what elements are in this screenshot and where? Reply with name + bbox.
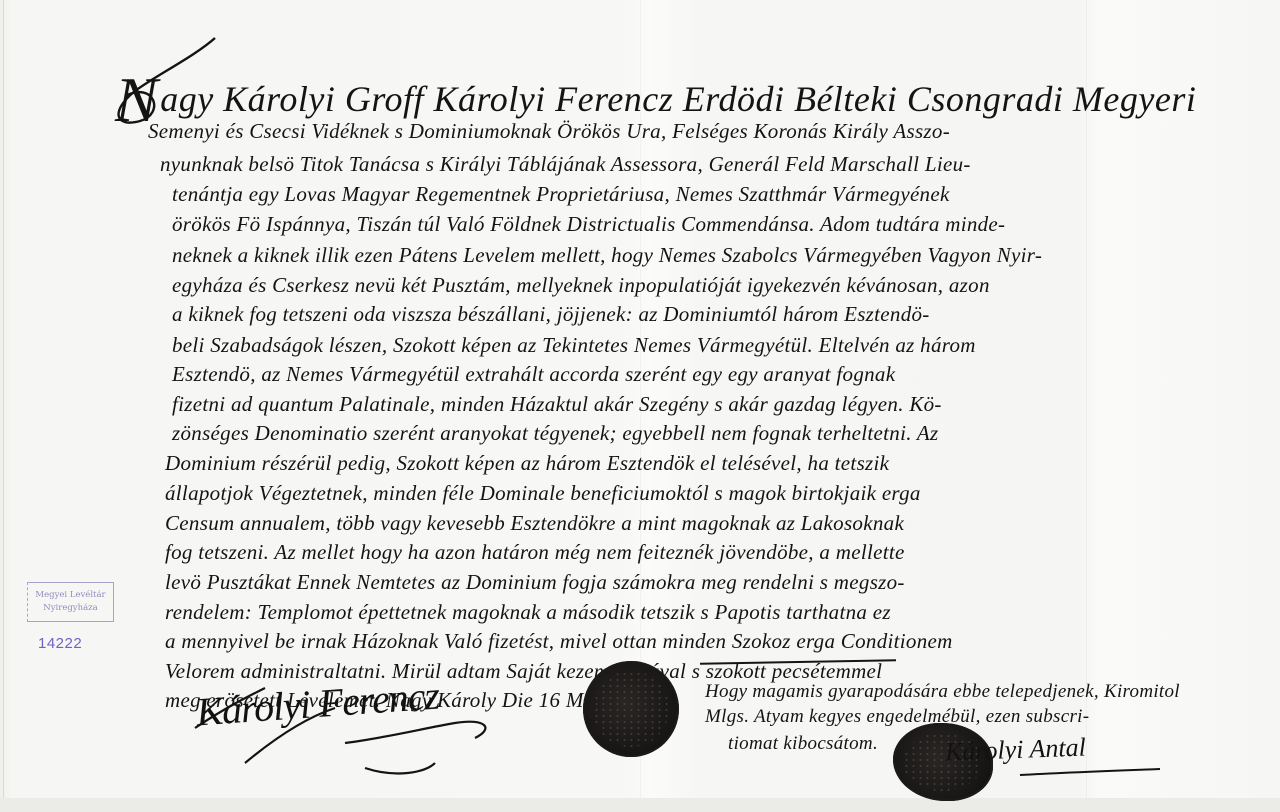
stamp-line-1: Megyei Levéltár [28, 589, 113, 602]
body-line: Dominium részérül pedig, Szokott képen a… [165, 451, 889, 476]
body-line: Semenyi és Csecsi Vidéknek s Dominiumokn… [148, 119, 950, 144]
body-line: állapotjok Végeztetnek, minden féle Domi… [165, 481, 921, 506]
postscript-line: Mlgs. Atyam kegyes engedelmébül, ezen su… [705, 706, 1089, 728]
body-line: nyunknak belsö Titok Tanácsa s Királyi T… [160, 152, 971, 177]
body-line: Esztendö, az Nemes Vármegyétül extrahált… [172, 362, 895, 387]
signature-underline-icon [1015, 755, 1165, 785]
body-line: beli Szabadságok lészen, Szokott képen a… [172, 333, 976, 358]
body-line: a kiknek fog tetszeni oda viszsza bészál… [172, 302, 930, 327]
scan-bottom-edge [0, 798, 1280, 812]
body-line: neknek a kiknek illik ezen Pátens Levele… [172, 243, 1042, 268]
document-page: Nagy Károlyi Groff Károlyi Ferencz Erdöd… [0, 0, 1280, 812]
title-text: agy Károlyi Groff Károlyi Ferencz Erdödi… [160, 79, 1196, 119]
postscript-line: Hogy magamis gyarapodására ebbe telepedj… [705, 681, 1180, 703]
body-line: egyháza és Cserkesz nevü két Pusztám, me… [172, 273, 990, 298]
body-line: fizetni ad quantum Palatinale, minden Há… [172, 392, 942, 417]
page-edge [3, 0, 4, 812]
wax-seal-icon [583, 661, 679, 757]
body-line: a mennyivel be irnak Házoknak Való fizet… [165, 629, 953, 654]
body-line: tenántja egy Lovas Magyar Regementnek Pr… [172, 182, 950, 207]
body-line: rendelem: Templomot épettetnek magoknak … [165, 600, 891, 625]
postscript-line: tiomat kibocsátom. [728, 733, 878, 755]
body-line: zönséges Denominatio szerént aranyokat t… [172, 421, 939, 446]
initial-flourish-icon [95, 36, 225, 131]
body-line: levö Pusztákat Ennek Nemtetes az Dominiu… [165, 570, 905, 595]
inventory-number: 14222 [38, 635, 82, 652]
archive-stamp: Megyei Levéltár Nyiregyháza [27, 582, 114, 622]
body-line: Censum annualem, több vagy kevesebb Eszt… [165, 511, 904, 536]
body-line: fog tetszeni. Az mellet hogy ha azon hat… [165, 540, 905, 565]
body-line: örökös Fö Ispánnya, Tiszán túl Való Föld… [172, 212, 1005, 237]
stamp-line-2: Nyiregyháza [28, 602, 113, 615]
